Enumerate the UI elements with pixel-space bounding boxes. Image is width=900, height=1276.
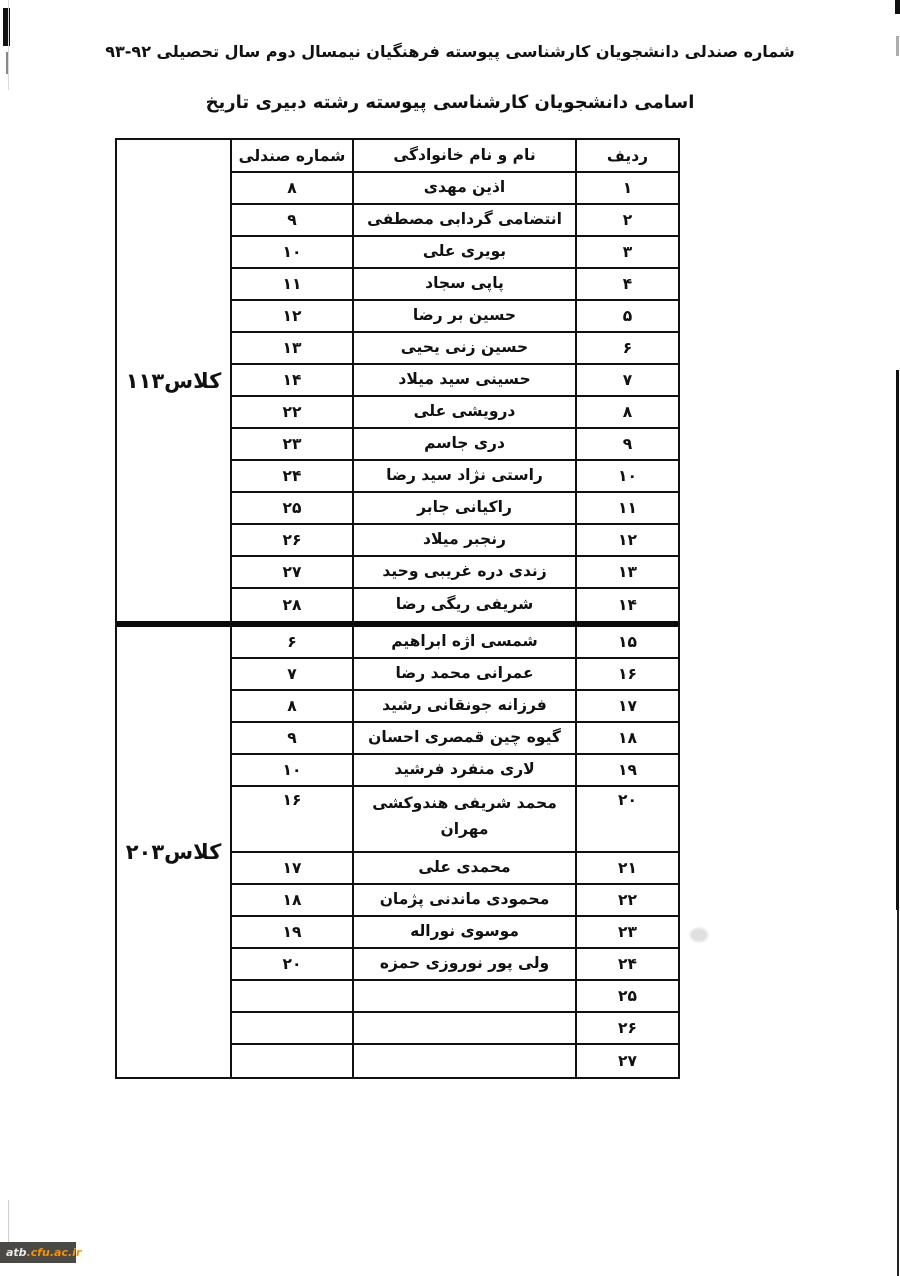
name-cell: پاپی سجاد [354,269,577,299]
name-cell [354,1045,577,1077]
radif-cell: ۱ [577,173,678,203]
radif-cell: ۷ [577,365,678,395]
name-cell: شمسی اژه ابراهیم [354,627,577,657]
rows-container: شماره صندلینام و نام خانوادگیردیف۸اذین م… [232,140,678,621]
table-row: ۲۶رنجبر میلاد۱۲ [232,525,678,557]
seat-cell: ۹ [232,723,354,753]
name-cell [354,1013,577,1043]
name-cell: رنجبر میلاد [354,525,577,555]
radif-cell: ۲۳ [577,917,678,947]
class-label-cell: کلاس۲۰۳ [117,627,232,1077]
radif-cell: ۲ [577,205,678,235]
seat-cell: ۹ [232,205,354,235]
seat-cell: ۱۲ [232,301,354,331]
table-row: ۱۷محمدی علی۲۱ [232,853,678,885]
seat-column-header: شماره صندلی [232,140,354,171]
seat-cell: ۱۶ [232,787,354,851]
table-row: ۶شمسی اژه ابراهیم۱۵ [232,627,678,659]
name-cell: بویری علی [354,237,577,267]
name-cell: محمدی علی [354,853,577,883]
seat-cell [232,981,354,1011]
radif-cell: ۱۲ [577,525,678,555]
name-cell: زندی دره غریبی وحید [354,557,577,587]
table-row: ۱۹موسوی نوراله۲۳ [232,917,678,949]
seat-cell: ۲۳ [232,429,354,459]
name-cell: حسینی سید میلاد [354,365,577,395]
radif-cell: ۱۶ [577,659,678,689]
seat-cell: ۲۶ [232,525,354,555]
name-column-header: نام و نام خانوادگی [354,140,577,171]
radif-cell: ۲۷ [577,1045,678,1077]
radif-cell: ۲۲ [577,885,678,915]
table-row: ۱۸محمودی ماندنی پژمان۲۲ [232,885,678,917]
class-label-cell: کلاس۱۱۳ [117,140,232,621]
scan-artifact-left-line-bottom [8,1200,9,1242]
radif-cell: ۱۴ [577,589,678,621]
name-cell: عمرانی محمد رضا [354,659,577,689]
seat-cell: ۱۱ [232,269,354,299]
seat-cell: ۲۲ [232,397,354,427]
radif-cell: ۱۸ [577,723,678,753]
name-cell: انتضامی گردابی مصطفی [354,205,577,235]
name-cell [354,981,577,1011]
watermark-site-suffix: .cfu.ac.ir [27,1246,82,1259]
radif-cell: ۵ [577,301,678,331]
table-row: ۸فرزانه جونقانی رشید۱۷ [232,691,678,723]
seat-cell: ۲۵ [232,493,354,523]
table-row: ۱۴حسینی سید میلاد۷ [232,365,678,397]
radif-cell: ۴ [577,269,678,299]
seat-cell: ۱۴ [232,365,354,395]
name-cell: موسوی نوراله [354,917,577,947]
name-cell: دری جاسم [354,429,577,459]
table-row: ۱۰بویری علی۳ [232,237,678,269]
radif-cell: ۶ [577,333,678,363]
table-row: ۲۷زندی دره غریبی وحید۱۳ [232,557,678,589]
table-row: ۲۳دری جاسم۹ [232,429,678,461]
name-cell: حسین زنی یحیی [354,333,577,363]
radif-cell: ۳ [577,237,678,267]
table-row: ۹گیوه چین قمصری احسان۱۸ [232,723,678,755]
watermark-strip: atb.cfu.ac.ir [0,1242,76,1263]
name-cell: راکیانی جابر [354,493,577,523]
name-cell: لاری منفرد فرشید [354,755,577,785]
student-seat-table: کلاس۱۱۳شماره صندلینام و نام خانوادگیردیف… [115,138,680,1079]
seat-cell: ۱۷ [232,853,354,883]
seat-cell: ۱۹ [232,917,354,947]
seat-cell: ۲۴ [232,461,354,491]
scan-artifact-smudge [690,928,708,942]
seat-cell: ۱۰ [232,755,354,785]
table-row: ۲۵ [232,981,678,1013]
name-cell: گیوه چین قمصری احسان [354,723,577,753]
seat-cell: ۲۸ [232,589,354,621]
seat-cell: ۸ [232,173,354,203]
name-cell: اذین مهدی [354,173,577,203]
table-row: ۲۸شریفی ریگی رضا۱۴ [232,589,678,621]
seat-cell: ۸ [232,691,354,721]
watermark-site-prefix: atb [6,1246,27,1259]
table-row: ۲۰ولی پور نوروزی حمزه۲۴ [232,949,678,981]
table-row: ۲۲درویشی علی۸ [232,397,678,429]
name-cell: حسین بر رضا [354,301,577,331]
table-row: ۷عمرانی محمد رضا۱۶ [232,659,678,691]
scan-artifact-top-right-tick [895,0,900,14]
scan-artifact-right-edge-line [896,370,899,910]
name-cell: محمودی ماندنی پژمان [354,885,577,915]
radif-cell: ۲۴ [577,949,678,979]
radif-cell: ۱۹ [577,755,678,785]
name-cell: فرزانه جونقانی رشید [354,691,577,721]
seat-cell: ۷ [232,659,354,689]
name-cell: شریفی ریگی رضا [354,589,577,621]
table-row: ۱۳حسین زنی یحیی۶ [232,333,678,365]
name-cell: راستی نژاد سید رضا [354,461,577,491]
radif-cell: ۱۷ [577,691,678,721]
table-row: ۲۷ [232,1045,678,1077]
radif-cell: ۱۵ [577,627,678,657]
radif-cell: ۲۶ [577,1013,678,1043]
name-cell: محمد شریفی هندوکشی مهران [354,787,577,851]
radif-cell: ۱۰ [577,461,678,491]
table-row: ۱۱پاپی سجاد۴ [232,269,678,301]
class-label: کلاس۱۱۳ [126,369,222,393]
class-section-2: کلاس۲۰۳۶شمسی اژه ابراهیم۱۵۷عمرانی محمد ر… [117,627,678,1077]
table-row: ۲۶ [232,1013,678,1045]
document-header-line: شماره صندلی دانشجویان کارشناسی پیوسته فر… [0,42,900,61]
document-title: اسامی دانشجویان کارشناسی پیوسته رشته دبی… [0,92,900,113]
name-cell: درویشی علی [354,397,577,427]
seat-cell: ۲۷ [232,557,354,587]
class-section-1: کلاس۱۱۳شماره صندلینام و نام خانوادگیردیف… [117,140,678,621]
seat-cell [232,1013,354,1043]
radif-cell: ۱۱ [577,493,678,523]
seat-cell: ۶ [232,627,354,657]
radif-column-header: ردیف [577,140,678,171]
radif-cell: ۸ [577,397,678,427]
scan-artifact-right-edge-line-thin [897,910,899,1276]
seat-cell: ۱۰ [232,237,354,267]
table-row: ۱۶محمد شریفی هندوکشی مهران۲۰ [232,787,678,853]
table-header-row: شماره صندلینام و نام خانوادگیردیف [232,140,678,173]
class-label: کلاس۲۰۳ [126,840,222,864]
seat-cell: ۱۸ [232,885,354,915]
table-row: ۲۵راکیانی جابر۱۱ [232,493,678,525]
radif-cell: ۱۳ [577,557,678,587]
table-row: ۹انتضامی گردابی مصطفی۲ [232,205,678,237]
seat-cell: ۱۳ [232,333,354,363]
seat-cell [232,1045,354,1077]
radif-cell: ۲۱ [577,853,678,883]
table-row: ۱۰لاری منفرد فرشید۱۹ [232,755,678,787]
name-cell: ولی پور نوروزی حمزه [354,949,577,979]
radif-cell: ۹ [577,429,678,459]
table-row: ۸اذین مهدی۱ [232,173,678,205]
table-row: ۲۴راستی نژاد سید رضا۱۰ [232,461,678,493]
table-row: ۱۲حسین بر رضا۵ [232,301,678,333]
rows-container: ۶شمسی اژه ابراهیم۱۵۷عمرانی محمد رضا۱۶۸فر… [232,627,678,1077]
seat-cell: ۲۰ [232,949,354,979]
radif-cell: ۲۵ [577,981,678,1011]
radif-cell: ۲۰ [577,787,678,851]
